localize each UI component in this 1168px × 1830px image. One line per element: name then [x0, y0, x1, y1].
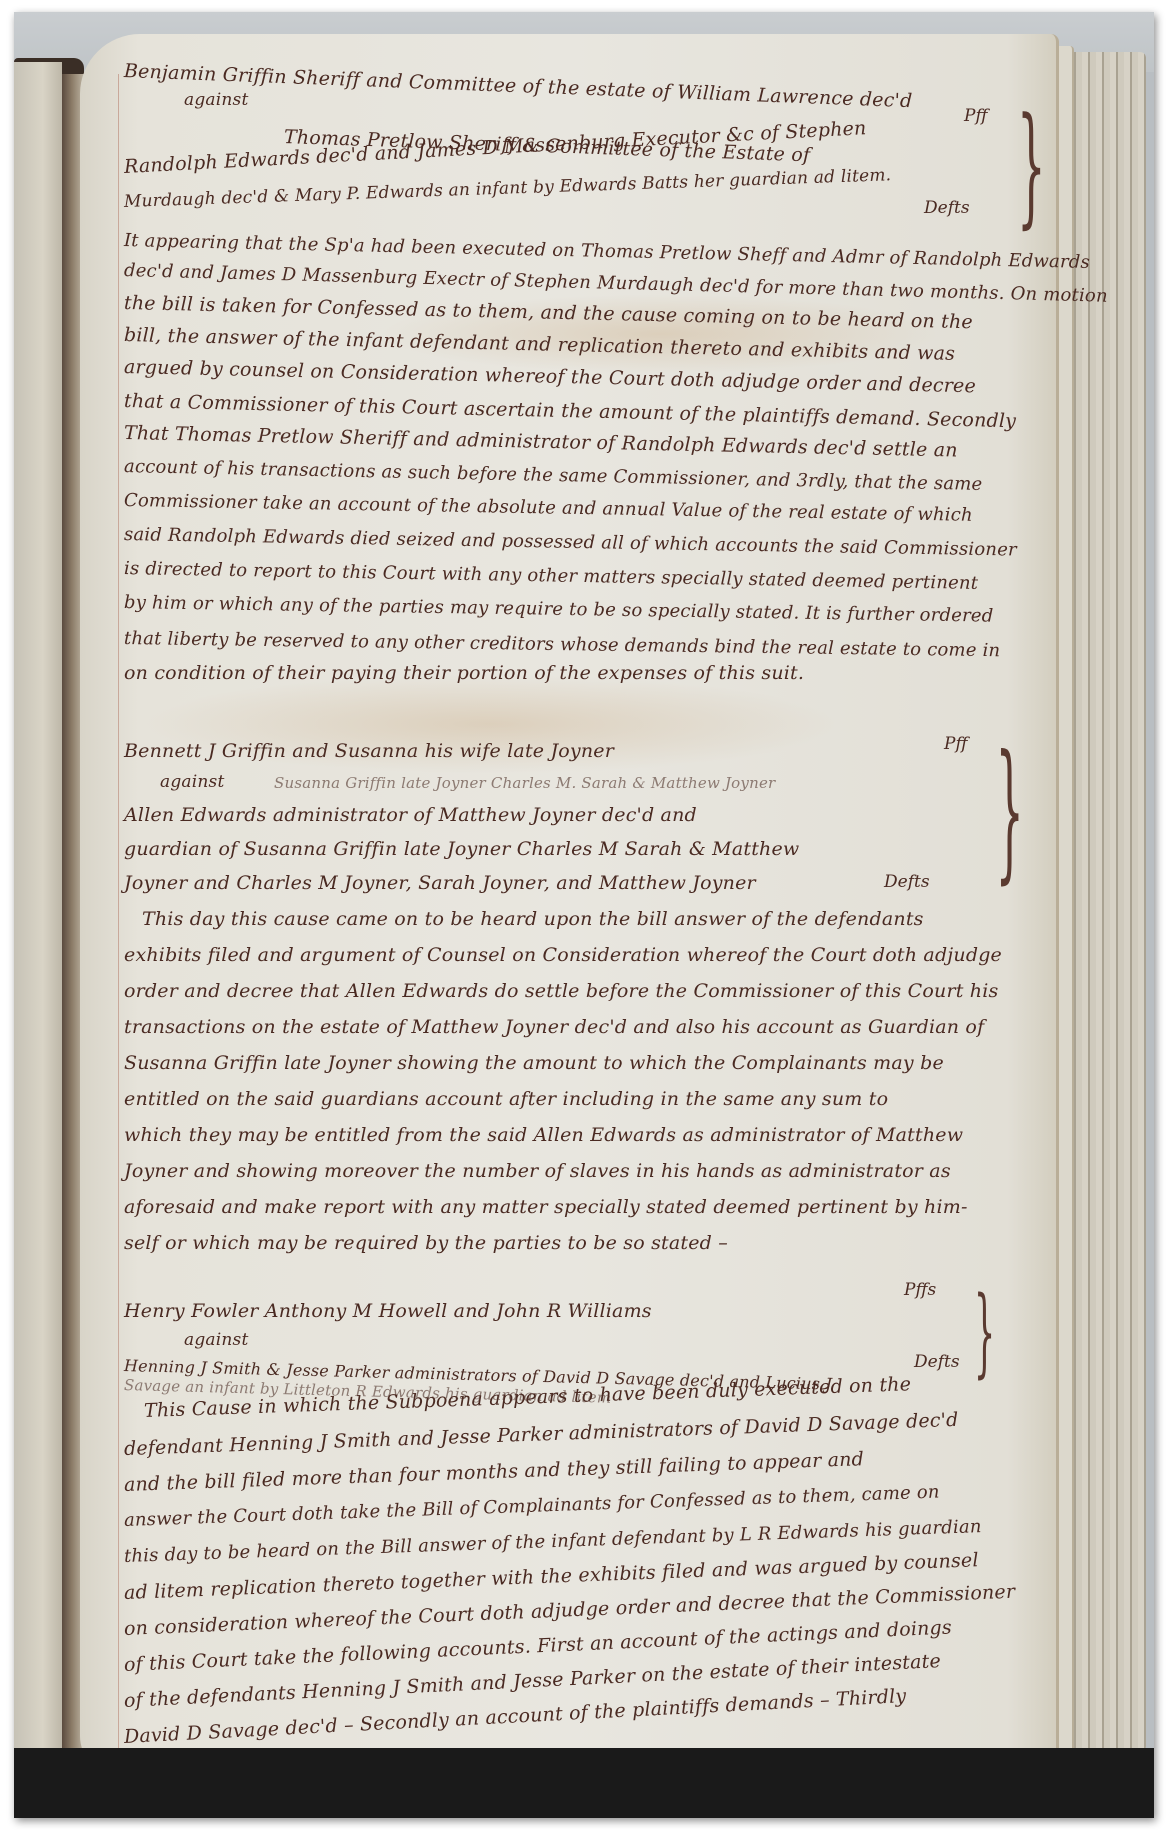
- body-line: self or which may be required by the par…: [124, 1232, 728, 1254]
- case-3-plaintiffs-label: Pffs: [904, 1280, 936, 1300]
- case-3-defendants-label: Defts: [914, 1352, 960, 1372]
- case-2-brace: }: [995, 736, 1024, 886]
- body-line: aforesaid and make report with any matte…: [124, 1196, 968, 1218]
- case-1-plaintiffs-label: Pff: [964, 106, 987, 126]
- body-line: This day this cause came on to be heard …: [142, 908, 924, 930]
- ledger-page: Benjamin Griffin Sheriff and Committee o…: [80, 34, 1059, 1776]
- case-2-defendant-line: Allen Edwards administrator of Matthew J…: [124, 804, 697, 826]
- case-2-defendant-line: Joyner and Charles M Joyner, Sarah Joyne…: [124, 872, 756, 894]
- case-1-defendants-label: Defts: [924, 198, 970, 218]
- case-2-plaintiffs: Bennett J Griffin and Susanna his wife l…: [124, 740, 614, 762]
- body-line: transactions on the estate of Matthew Jo…: [124, 1016, 984, 1038]
- body-line: order and decree that Allen Edwards do s…: [124, 980, 998, 1002]
- body-line: Joyner and showing moreover the number o…: [124, 1160, 951, 1182]
- case-3-brace: }: [974, 1284, 995, 1380]
- body-line: Commissioner take an account of the abso…: [124, 490, 973, 526]
- case-2-defendants-label: Defts: [884, 872, 930, 892]
- case-1-defendant-line: Murdaugh dec'd & Mary P. Edwards an infa…: [124, 165, 892, 212]
- case-2-defendant-line: guardian of Susanna Griffin late Joyner …: [124, 838, 799, 860]
- photograph-frame: ty her ale tiffs mini- tator is to Benja…: [14, 12, 1154, 1818]
- body-line: exhibits filed and argument of Counsel o…: [124, 944, 1002, 966]
- margin-rule: [118, 74, 119, 1764]
- case-2-plaintiffs-label: Pff: [944, 734, 967, 754]
- body-line: account of his transactions as such befo…: [124, 456, 983, 495]
- case-1-brace: }: [1017, 100, 1046, 230]
- body-line: by him or which any of the parties may r…: [124, 592, 994, 627]
- case-1-against: against: [184, 90, 249, 110]
- body-line: said Randolph Edwards died seized and po…: [124, 524, 1017, 561]
- case-3-against: against: [184, 1330, 249, 1350]
- body-line: Susanna Griffin late Joyner showing the …: [124, 1052, 944, 1074]
- left-page-edge: [14, 62, 62, 1782]
- dark-surface: [14, 1748, 1154, 1818]
- case-2-struck-line: Susanna Griffin late Joyner Charles M. S…: [274, 774, 775, 792]
- body-line: entitled on the said guardians account a…: [124, 1088, 888, 1110]
- body-line: on condition of their paying their porti…: [124, 662, 804, 684]
- body-line: which they may be entitled from the said…: [124, 1124, 963, 1146]
- case-3-plaintiffs: Henry Fowler Anthony M Howell and John R…: [124, 1300, 652, 1322]
- body-line: is directed to report to this Court with…: [124, 558, 979, 594]
- case-2-against: against: [160, 772, 225, 792]
- body-line: that liberty be reserved to any other cr…: [124, 628, 1001, 661]
